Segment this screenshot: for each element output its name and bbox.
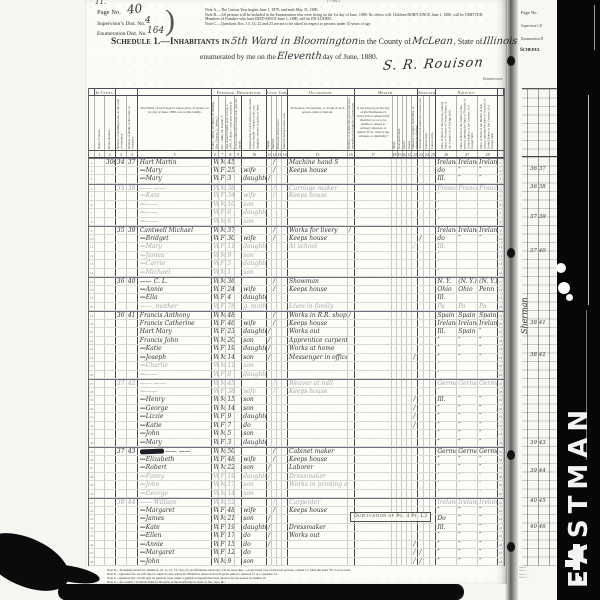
cell-occ bbox=[288, 430, 348, 438]
cell-c: W bbox=[212, 260, 219, 268]
cell-fb: ″ bbox=[457, 456, 478, 464]
cell-street bbox=[95, 422, 105, 430]
cell-no2: 44 bbox=[498, 524, 504, 532]
cell-c: W bbox=[212, 192, 219, 200]
column-number: 28 bbox=[478, 151, 498, 157]
cell-occ: Works at home bbox=[288, 345, 348, 353]
cell-name: —Carrie bbox=[138, 260, 213, 268]
enumeration-dist-value: 164 bbox=[147, 26, 164, 36]
cell-a: 14 bbox=[226, 354, 235, 362]
cell-hn bbox=[105, 303, 116, 311]
cell-hn bbox=[105, 218, 116, 226]
cell-no2: 21 bbox=[498, 328, 504, 336]
cell-dn bbox=[116, 396, 127, 404]
cell-fb: Ireland bbox=[457, 159, 478, 166]
cell-fn bbox=[127, 328, 138, 336]
cell-occ bbox=[288, 201, 348, 209]
cell-mb: France bbox=[478, 185, 498, 192]
cell-un: / bbox=[348, 227, 355, 234]
cell-rel: son bbox=[242, 430, 267, 438]
cell-name: —— —— bbox=[138, 448, 213, 455]
cell-rel: wife bbox=[242, 286, 267, 294]
cell-un bbox=[348, 185, 355, 192]
cell-bp: Ireland bbox=[436, 159, 457, 166]
column-header-rel: Relationship of each person to the head … bbox=[242, 96, 267, 150]
cell-sick bbox=[355, 448, 393, 455]
cell-no2: 2 bbox=[498, 167, 504, 175]
cell-fb: ″ bbox=[457, 473, 478, 481]
cell-s: M bbox=[219, 312, 226, 319]
cell-c: W bbox=[212, 549, 219, 557]
table-row: 23—KatieWF19daughter/Works at home″″″23 bbox=[89, 345, 504, 354]
cell-c: W bbox=[212, 354, 219, 362]
dwelling-family-number: 37 40 bbox=[530, 248, 546, 254]
cell-bp: France bbox=[436, 185, 457, 192]
cell-s: M bbox=[219, 430, 226, 438]
cell-mb bbox=[478, 201, 498, 209]
dwelling-family-number: 38 42 bbox=[530, 352, 546, 358]
cell-fn bbox=[127, 371, 138, 379]
note-c: Note C.—Questions Nos. 13, 14, 22 and 23… bbox=[205, 22, 485, 27]
cell-fb: ″ bbox=[457, 422, 478, 430]
cell-name: —Mary bbox=[138, 175, 213, 183]
cell-mb: Germany bbox=[478, 380, 498, 387]
cell-fn bbox=[127, 201, 138, 209]
cell-occ bbox=[288, 260, 348, 268]
cell-mob bbox=[235, 439, 242, 447]
cell-name: ——— bbox=[138, 209, 213, 217]
cell-s: F bbox=[219, 294, 226, 302]
column-header-a: Age at last birthday prior to June 1, 18… bbox=[226, 96, 235, 150]
column-header-occ: Profession, Occupation, or Trade of each… bbox=[288, 96, 348, 150]
cell-un bbox=[348, 260, 355, 268]
cell-mob bbox=[235, 218, 242, 226]
cell-fn bbox=[127, 388, 138, 396]
cell-fb: ″ bbox=[457, 396, 478, 404]
cell-street bbox=[95, 481, 105, 489]
dwelling-family-number: 36 37 bbox=[530, 166, 546, 172]
cell-no2: 4 bbox=[498, 185, 504, 192]
table-row: 17—EllaWF4daughterIll.17 bbox=[89, 294, 504, 303]
cell-bp: Ohio bbox=[436, 286, 457, 294]
cell-c: W bbox=[212, 294, 219, 302]
cell-a: 14 bbox=[226, 490, 235, 498]
cell-un bbox=[348, 422, 355, 430]
cell-dn: 36 bbox=[116, 312, 127, 319]
cell-sick bbox=[355, 185, 393, 192]
column-header-fb: Place of Birth of the Father of this per… bbox=[457, 96, 478, 150]
cell-bp: Ireland bbox=[436, 499, 457, 506]
cell-mob bbox=[235, 209, 242, 217]
cell-a: 8 bbox=[226, 371, 235, 379]
cell-c: W bbox=[212, 456, 219, 464]
cell-mb: ″ bbox=[478, 507, 498, 515]
cell-rel bbox=[242, 185, 267, 192]
cell-fb bbox=[457, 294, 478, 302]
section-label bbox=[138, 88, 213, 96]
cell-name: —— William bbox=[138, 499, 213, 506]
cell-a: 78 bbox=[226, 303, 235, 311]
cell-name: —Charlie bbox=[138, 362, 213, 370]
cell-sick bbox=[355, 439, 393, 447]
cell-fn bbox=[127, 243, 138, 251]
cell-occ bbox=[288, 252, 348, 260]
cell-hn bbox=[105, 260, 116, 268]
cell-sick bbox=[355, 345, 393, 353]
cell-rel: daughter bbox=[242, 294, 267, 302]
cell-street bbox=[95, 209, 105, 217]
form-number: [7-562.] bbox=[327, 0, 340, 3]
cell-street bbox=[95, 243, 105, 251]
column-header-bp: Place of Birth of this Person, naming St… bbox=[436, 96, 457, 150]
cell-a: 38 bbox=[226, 185, 235, 192]
cell-a: 23 bbox=[226, 328, 235, 336]
cell-mb: ″ bbox=[478, 490, 498, 498]
cell-rel: daughter bbox=[242, 243, 267, 251]
column-header-street: Name of Street. bbox=[95, 96, 105, 150]
cell-dn: 34 bbox=[116, 159, 127, 166]
cell-un bbox=[348, 388, 355, 396]
cell-rel: daughter bbox=[242, 473, 267, 481]
cell-hn: 306 bbox=[105, 159, 116, 166]
cell-dn: 35 bbox=[116, 227, 127, 234]
cell-rel: wife bbox=[242, 507, 267, 515]
cell-fn bbox=[127, 167, 138, 175]
cell-fb: ″ bbox=[457, 464, 478, 472]
cell-mb bbox=[478, 209, 498, 217]
cell-fb bbox=[457, 252, 478, 260]
cell-sick bbox=[355, 167, 393, 175]
cell-mob bbox=[235, 464, 242, 472]
table-row: 3—MaryWF3daughter/Ill.″″3 bbox=[89, 175, 504, 184]
table-row: 47—MargaretWF12do//″″″47 bbox=[89, 549, 504, 558]
cell-hn bbox=[105, 235, 116, 243]
cell-fn bbox=[127, 218, 138, 226]
cell-street bbox=[95, 532, 105, 540]
cell-s: F bbox=[219, 371, 226, 379]
cell-no2: 15 bbox=[498, 278, 504, 285]
enumerator-signature: S. R. Rouison bbox=[382, 55, 485, 74]
county-handwritten: McLean bbox=[411, 36, 453, 47]
cell-sick bbox=[355, 380, 393, 387]
cell-fb: ″ bbox=[457, 532, 478, 540]
cell-street bbox=[95, 337, 105, 345]
cell-street bbox=[95, 380, 105, 387]
cell-hn bbox=[105, 175, 116, 183]
cell-mb: ″ bbox=[478, 235, 498, 243]
cell-fn: 42 bbox=[127, 380, 138, 387]
cell-no2: 9 bbox=[498, 227, 504, 234]
cell-a: 20 bbox=[226, 337, 235, 345]
cell-a: 11 bbox=[226, 243, 235, 251]
cell-street bbox=[95, 286, 105, 294]
cell-un bbox=[348, 337, 355, 345]
cell-s: M bbox=[219, 490, 226, 498]
cell-fn bbox=[127, 430, 138, 438]
section-label: Personal Description. bbox=[212, 88, 267, 96]
cell-mb: ″ bbox=[478, 456, 498, 464]
cell-un bbox=[348, 328, 355, 336]
cell-dn bbox=[116, 218, 127, 226]
cell-un bbox=[348, 464, 355, 472]
cell-mb bbox=[478, 218, 498, 226]
cell-c: W bbox=[212, 269, 219, 277]
cell-mb: Ireland bbox=[478, 320, 498, 328]
cell-bp: N. Y. bbox=[436, 278, 457, 285]
cell-s: F bbox=[219, 320, 226, 328]
dwelling-family-number: 39 44 bbox=[530, 468, 546, 474]
cell-bp: Ill. bbox=[436, 243, 457, 251]
cell-dn bbox=[116, 192, 127, 200]
cell-street bbox=[95, 371, 105, 379]
next-supervisor-label: Supervisor's D bbox=[521, 24, 542, 28]
cell-mob bbox=[235, 269, 242, 277]
cell-dn bbox=[116, 507, 127, 515]
cell-bp: ″ bbox=[436, 464, 457, 472]
punch-hole bbox=[507, 248, 515, 258]
cell-fb: Germany bbox=[457, 380, 478, 387]
cell-s: F bbox=[219, 439, 226, 447]
census-table: In Cities.Personal Description.Civil Con… bbox=[88, 88, 505, 566]
cell-no2: 46 bbox=[498, 541, 504, 549]
table-row: 24—JosephWM14son/Messenger in office/″″″… bbox=[89, 354, 504, 363]
section-label: Nativity. bbox=[436, 88, 498, 96]
cell-dn bbox=[116, 456, 127, 464]
cell-hn bbox=[105, 269, 116, 277]
cell-occ bbox=[288, 405, 348, 413]
column-header-sick: Is the person [on the day of the Enumera… bbox=[355, 96, 393, 150]
cell-mob bbox=[235, 481, 242, 489]
cell-name: —Mary bbox=[138, 243, 213, 251]
cell-dn bbox=[116, 235, 127, 243]
cell-no2: 13 bbox=[498, 260, 504, 268]
cell-no2: 39 bbox=[498, 481, 504, 489]
cell-mob bbox=[235, 558, 242, 566]
cell-fb bbox=[457, 269, 478, 277]
cell-c: W bbox=[212, 243, 219, 251]
cell-fn bbox=[127, 405, 138, 413]
cell-dn: 35 bbox=[116, 185, 127, 192]
table-row: 193641Francis AnthonyWM48/Works in R.R. … bbox=[89, 311, 504, 320]
cell-bp: Ireland bbox=[436, 320, 457, 328]
cell-no2: 36 bbox=[498, 456, 504, 464]
cell-sick bbox=[355, 209, 393, 217]
cell-un bbox=[348, 473, 355, 481]
cell-bp: ″ bbox=[436, 209, 457, 217]
cell-c: W bbox=[212, 439, 219, 447]
cell-c: W bbox=[212, 218, 219, 226]
cell-street bbox=[95, 439, 105, 447]
cell-occ: Works in printing office bbox=[288, 481, 348, 489]
cell-name: Francis Catherine bbox=[138, 320, 213, 328]
cell-mob bbox=[235, 541, 242, 549]
cell-fn bbox=[127, 515, 138, 523]
cell-mb: Germany bbox=[478, 448, 498, 455]
cell-dn bbox=[116, 413, 127, 421]
cell-s: F bbox=[219, 345, 226, 353]
cell-s: F bbox=[219, 192, 226, 200]
cell-mb: ″ bbox=[478, 473, 498, 481]
table-row: 28———WF38wife/Keeps house″28 bbox=[89, 388, 504, 397]
column-header-mob: If born within the Census year, give the… bbox=[235, 96, 242, 150]
cell-mob bbox=[235, 413, 242, 421]
cell-un bbox=[348, 303, 355, 311]
film-marking bbox=[565, 560, 576, 567]
cell-occ: Dressmaker bbox=[288, 473, 348, 481]
cell-sick bbox=[355, 243, 393, 251]
cell-bp: ″ bbox=[436, 362, 457, 370]
cell-dn: 38 bbox=[116, 499, 127, 506]
section-label bbox=[498, 88, 504, 96]
cell-street bbox=[95, 269, 105, 277]
cell-bp: do bbox=[436, 235, 457, 243]
cell-no2: 31 bbox=[498, 413, 504, 421]
film-band: EASTMAN bbox=[557, 0, 600, 600]
cell-name: Cantwell Michael bbox=[138, 227, 213, 234]
cell-a: 5 bbox=[226, 260, 235, 268]
cell-dn bbox=[116, 490, 127, 498]
cell-rel: son bbox=[242, 405, 267, 413]
cell-street bbox=[95, 490, 105, 498]
table-row: 26———WF8daughter″26 bbox=[89, 371, 504, 380]
cell-no2: 17 bbox=[498, 294, 504, 302]
cell-bp: Pa bbox=[436, 303, 457, 311]
cell-fn bbox=[127, 269, 138, 277]
line2-suffix: day of June, 1880. bbox=[322, 52, 377, 61]
cell-mb: ″ bbox=[478, 524, 498, 532]
punch-hole bbox=[507, 542, 515, 552]
cell-rel: do bbox=[242, 549, 267, 557]
cell-hn bbox=[105, 430, 116, 438]
cell-fb: ″ bbox=[457, 413, 478, 421]
column-number: 5 bbox=[138, 151, 213, 157]
cell-un bbox=[348, 286, 355, 294]
duplication-stamp: Duplication of Pg. 4 Pt. L2 bbox=[350, 512, 431, 522]
cell-rel: son bbox=[242, 396, 267, 404]
cell-mb: ″ bbox=[478, 405, 498, 413]
cell-hn bbox=[105, 185, 116, 192]
cell-dn bbox=[116, 209, 127, 217]
cell-no2: 29 bbox=[498, 396, 504, 404]
header-notes: Note A.—The Census Year begins June 1, 1… bbox=[205, 8, 485, 27]
cell-a: 38 bbox=[226, 388, 235, 396]
table-row: 353743—— ——WM50/Cabinet makerGermanyGerm… bbox=[89, 447, 504, 456]
cell-fb: Spain bbox=[457, 328, 478, 336]
table-row: 22Francis JohnWM20son/Apprentice carpent… bbox=[89, 337, 504, 346]
table-row: 42—MargaretWF48wife/Keeps house″″″42 bbox=[89, 507, 504, 516]
cell-s: M bbox=[219, 278, 226, 285]
cell-fn: 37 bbox=[127, 159, 138, 166]
cell-sick bbox=[355, 227, 393, 234]
cell-a: 3 bbox=[226, 439, 235, 447]
cell-bp: ″ bbox=[436, 558, 457, 566]
enumeration-date-line: enumerated by me on the Eleventh day of … bbox=[200, 51, 378, 62]
cell-mob bbox=[235, 380, 242, 387]
cell-mb: ″ bbox=[478, 541, 498, 549]
cell-c: W bbox=[212, 362, 219, 370]
cell-un bbox=[348, 362, 355, 370]
cell-no2: 35 bbox=[498, 448, 504, 455]
cell-sick bbox=[355, 413, 393, 421]
cell-rel: do bbox=[242, 541, 267, 549]
cell-hn bbox=[105, 499, 116, 506]
cell-dn bbox=[116, 175, 127, 183]
cell-bp: Spain bbox=[436, 312, 457, 319]
cell-occ bbox=[288, 541, 348, 549]
cell-c: W bbox=[212, 175, 219, 183]
table-row: 45—EllenWF17do/Works out″″″45 bbox=[89, 532, 504, 541]
cell-rel: wife bbox=[242, 167, 267, 175]
cell-fb: (N. Y.) bbox=[457, 278, 478, 285]
cell-sick bbox=[355, 396, 393, 404]
cell-bp: ″ bbox=[436, 405, 457, 413]
cell-c: W bbox=[212, 524, 219, 532]
cell-dn bbox=[116, 371, 127, 379]
dwelling-family-number: 36 38 bbox=[530, 184, 546, 190]
section-label bbox=[116, 88, 138, 96]
cell-occ bbox=[288, 362, 348, 370]
cell-dn bbox=[116, 430, 127, 438]
cell-dn bbox=[116, 532, 127, 540]
cell-fn bbox=[127, 320, 138, 328]
cell-c: W bbox=[212, 167, 219, 175]
cell-bp: ″ bbox=[436, 337, 457, 345]
cell-sick bbox=[355, 278, 393, 285]
state-label: , State of bbox=[454, 37, 483, 46]
cell-occ: Works out bbox=[288, 532, 348, 540]
cell-fb: ″ bbox=[457, 439, 478, 447]
cell-dn bbox=[116, 286, 127, 294]
cell-fb bbox=[457, 371, 478, 379]
cell-un bbox=[348, 541, 355, 549]
cell-name: —Kate bbox=[138, 524, 213, 532]
cell-c: W bbox=[212, 430, 219, 438]
cell-mob bbox=[235, 473, 242, 481]
cell-fn bbox=[127, 396, 138, 404]
cell-a: 9 bbox=[226, 558, 235, 566]
cell-dn bbox=[116, 473, 127, 481]
cell-occ bbox=[288, 439, 348, 447]
cell-occ: Dressmaker bbox=[288, 524, 348, 532]
cell-bp: ″ bbox=[436, 541, 457, 549]
table-row: 33—JohnWM5son″″″33 bbox=[89, 430, 504, 439]
supervisor-dist-label: Supervisor's Dist. No. bbox=[97, 21, 145, 27]
cell-street bbox=[95, 362, 105, 370]
cell-name: —Fanny bbox=[138, 473, 213, 481]
cell-mob bbox=[235, 490, 242, 498]
table-section-row: In Cities.Personal Description.Civil Con… bbox=[89, 88, 504, 96]
cell-sick bbox=[355, 159, 393, 166]
cell-rel: daughter bbox=[242, 260, 267, 268]
cell-c: W bbox=[212, 252, 219, 260]
cell-street bbox=[95, 185, 105, 192]
cell-c: W bbox=[212, 345, 219, 353]
cell-un bbox=[348, 549, 355, 557]
cell-no2: 24 bbox=[498, 354, 504, 362]
cell-c: W bbox=[212, 507, 219, 515]
cell-un bbox=[348, 532, 355, 540]
cell-street bbox=[95, 515, 105, 523]
cell-fb: Germany bbox=[457, 448, 478, 455]
table-row: 36—ElizabethWF48wife/Keeps house″″″36 bbox=[89, 456, 504, 465]
cell-occ: Works for livery bbox=[288, 227, 348, 234]
cell-fb: ″ bbox=[457, 354, 478, 362]
cell-no2: 25 bbox=[498, 362, 504, 370]
cell-bp: Ill. bbox=[436, 524, 457, 532]
cell-hn bbox=[105, 439, 116, 447]
cell-no2: 8 bbox=[498, 218, 504, 226]
cell-hn bbox=[105, 312, 116, 319]
